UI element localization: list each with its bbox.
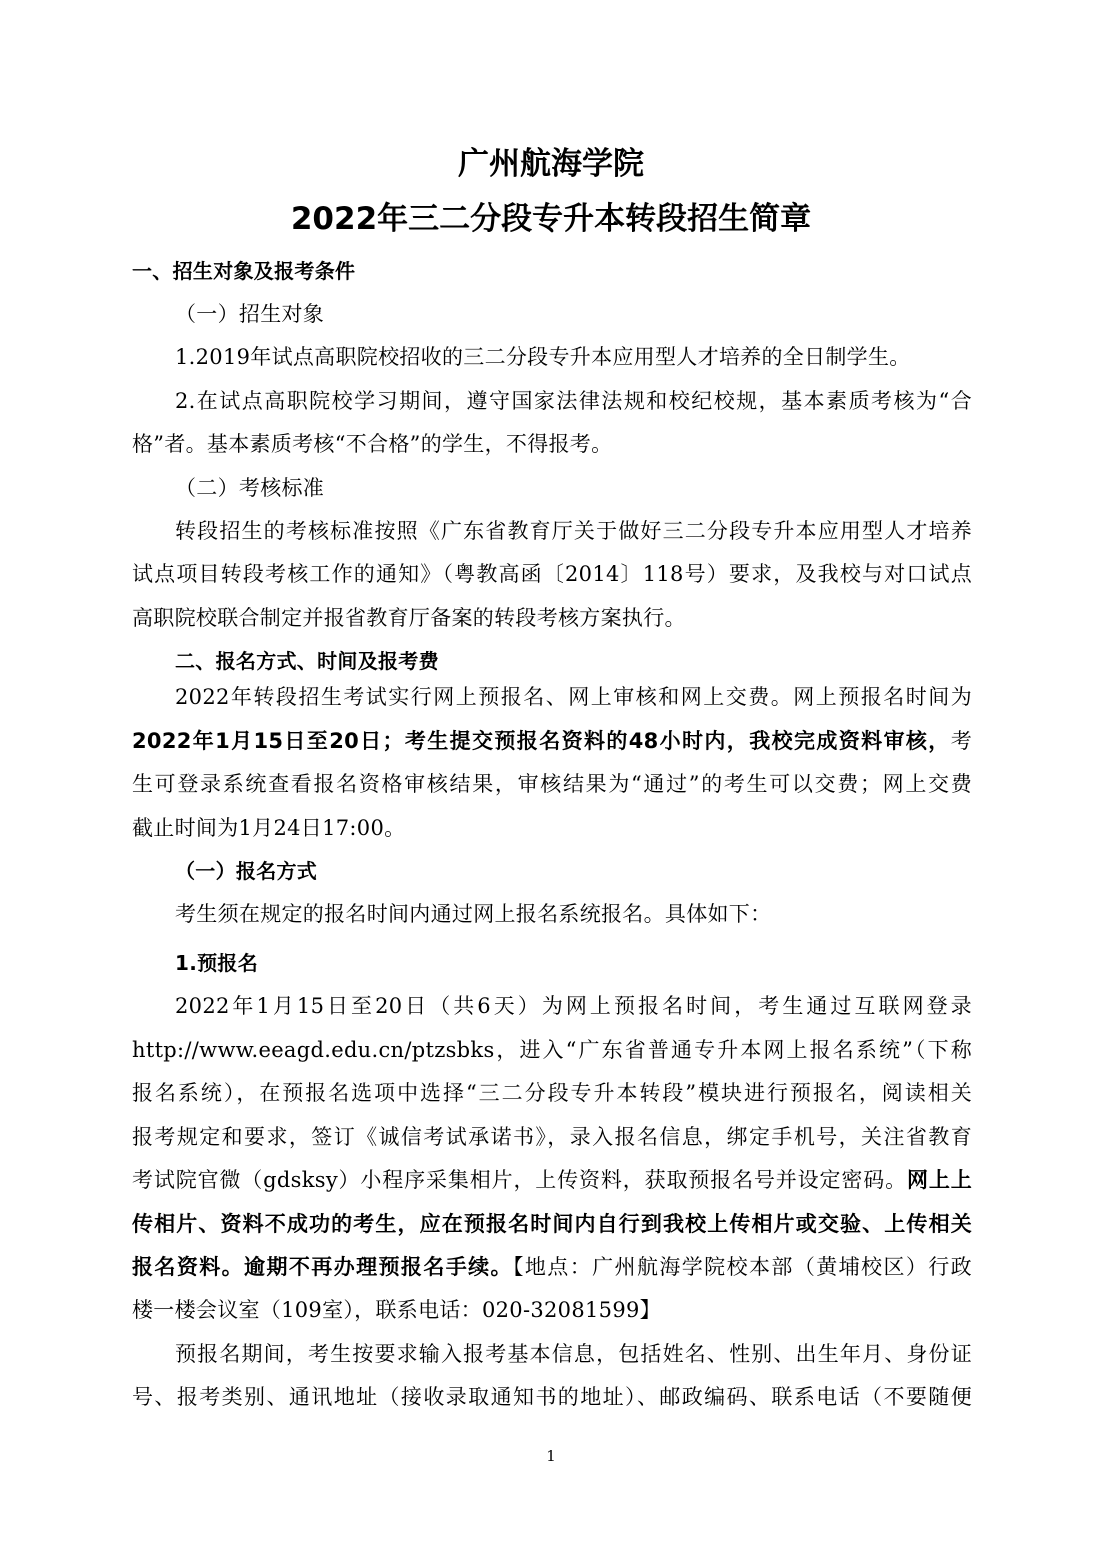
section2-intro-line4: 截止时间为1月24日17:00。 [132, 813, 972, 843]
section2-intro-line1: 2022年转段招生考试实行网上预报名、网上审核和网上交费。网上预报名时间为 [175, 682, 972, 712]
info-line1: 预报名期间，考生按要求输入报考基本信息，包括姓名、性别、出生年月、身份证 [175, 1339, 972, 1369]
standard-line2: 试点项目转段考核工作的通知》（粤教高函〔2014〕118号）要求，及我校与对口试… [132, 559, 972, 589]
step1-line2: http://www.eeagd.edu.cn/ptzsbks，进入“广东省普通… [132, 1035, 972, 1065]
section2-heading: 二、报名方式、时间及报考费 [175, 646, 972, 676]
section2-intro-line3: 生可登录系统查看报名资格审核结果，审核结果为“通过”的考生可以交费；网上交费 [132, 769, 972, 799]
document-page: 广州航海学院 2022年三二分段专升本转段招生简章 一、招生对象及报考条件 （一… [0, 0, 1102, 1559]
step1-line7-normal: 【地点：广州航海学院校本部（黄埔校区）行政 [513, 1255, 972, 1279]
step1-line8: 楼一楼会议室（109室），联系电话：020-32081599】 [132, 1295, 972, 1325]
step1-line1: 2022年1月15日至20日（共6天）为网上预报名时间，考生通过互联网登录 [175, 991, 972, 1021]
step1-line3: 报名系统），在预报名选项中选择“三二分段专升本转段”模块进行预报名，阅读相关 [132, 1078, 972, 1108]
section1-sub1-heading: （一）招生对象 [175, 299, 972, 329]
standard-line1: 转段招生的考核标准按照《广东省教育厅关于做好三二分段专升本应用型人才培养 [175, 516, 972, 546]
document-title: 2022年三二分段专升本转段招生简章 [0, 197, 1102, 241]
registration-dates-bold: 2022年1月15日至20日；考生提交预报名资料的48小时内，我校完成资料审核， [132, 729, 951, 753]
step1-line6-bold: 传相片、资料不成功的考生，应在预报名时间内自行到我校上传相片或交验、上传相关 [132, 1209, 972, 1239]
standard-line3: 高职院校联合制定并报省教育厅备案的转段考核方案执行。 [132, 603, 972, 633]
section2-intro-line2: 2022年1月15日至20日；考生提交预报名资料的48小时内，我校完成资料审核，… [132, 726, 972, 756]
step1-heading: 1.预报名 [175, 948, 972, 978]
step1-line5-bold: 网上上 [907, 1168, 972, 1192]
section2-sub1-heading: （一）报名方式 [175, 856, 972, 886]
step1-line7-bold: 报名资料。逾期不再办理预报名手续。 [132, 1255, 513, 1279]
step1-line7: 报名资料。逾期不再办理预报名手续。【地点：广州航海学院校本部（黄埔校区）行政 [132, 1252, 972, 1282]
info-line2: 号、报考类别、通讯地址（接收录取通知书的地址）、邮政编码、联系电话（不要随便 [132, 1382, 972, 1412]
step1-line5-normal: 考试院官微（gdsksy）小程序采集相片，上传资料，获取预报名号并设定密码。 [132, 1168, 907, 1192]
section1-item2-line2: 格”者。基本素质考核“不合格”的学生，不得报考。 [132, 429, 972, 459]
intro-line2-tail: 考 [951, 729, 972, 753]
section1-heading: 一、招生对象及报考条件 [132, 256, 972, 286]
step1-line4: 报考规定和要求，签订《诚信考试承诺书》，录入报名信息，绑定手机号，关注省教育 [132, 1122, 972, 1152]
section1-item2-line1: 2.在试点高职院校学习期间，遵守国家法律法规和校纪校规，基本素质考核为“合 [175, 386, 972, 416]
section2-sub1-text: 考生须在规定的报名时间内通过网上报名系统报名。具体如下： [175, 899, 972, 929]
page-number: 1 [0, 1447, 1102, 1465]
school-name-title: 广州航海学院 [0, 142, 1102, 186]
section1-sub2-heading: （二）考核标准 [175, 473, 972, 503]
step1-line5: 考试院官微（gdsksy）小程序采集相片，上传资料，获取预报名号并设定密码。网上… [132, 1165, 972, 1195]
section1-item1: 1.2019年试点高职院校招收的三二分段专升本应用型人才培养的全日制学生。 [175, 342, 972, 372]
